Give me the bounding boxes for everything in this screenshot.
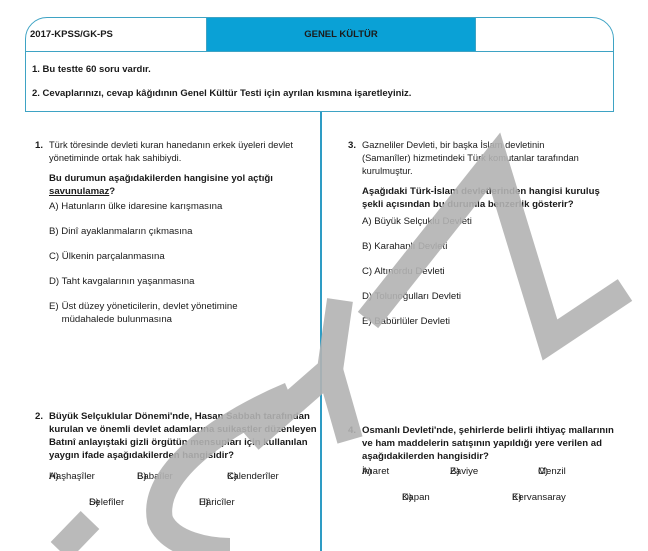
question-stem: Gazneliler Devleti, bir başka İslam devl… [362, 139, 592, 178]
instruction-2: 2. Cevaplarınızı, cevap kâğıdının Genel … [32, 88, 411, 99]
question-ask: Aşağıdaki Türk-İslam devletlerinden hang… [362, 185, 612, 211]
header-divider [26, 51, 613, 52]
question-2: 2. Büyük Selçuklular Dönemi'nde, Hasan S… [35, 410, 317, 510]
option-c[interactable]: C) Altınordu Devleti [362, 265, 628, 278]
option-d[interactable]: D) Taht kavgalarının yaşanmasına [49, 275, 315, 288]
option-e[interactable]: E)Üst düzey yöneticilerin, devlet yöneti… [49, 300, 315, 326]
column-divider [320, 112, 322, 551]
question-4: 4. Osmanlı Devleti'nde, şehirlerde belir… [348, 424, 628, 505]
question-3: 3. Gazneliler Devleti, bir başka İslam d… [348, 139, 628, 328]
option-a[interactable]: A) Büyük Selçuklu Devleti [362, 215, 628, 228]
exam-header-frame: 2017-KPSS/GK-PS GENEL KÜLTÜR 1. Bu testt… [25, 17, 614, 112]
exam-code: 2017-KPSS/GK-PS [26, 18, 210, 51]
instruction-1: 1. Bu testte 60 soru vardır. [32, 64, 151, 75]
section-title: GENEL KÜLTÜR [206, 18, 476, 51]
option-c[interactable]: C) Ülkenin parçalanmasına [49, 250, 315, 263]
option-a[interactable]: A) Hatunların ülke idaresine karışmasına [49, 200, 315, 213]
question-1: 1. Türk töresinde devleti kuran hanedanı… [35, 139, 315, 326]
option-d[interactable]: D) Tolunoğulları Devleti [362, 290, 628, 303]
option-b[interactable]: B) Karahanlı Devleti [362, 240, 628, 253]
question-ask: Büyük Selçuklular Dönemi'nde, Hasan Sabb… [49, 410, 317, 462]
question-ask: Bu durumun aşağıdakilerden hangisine yol… [49, 172, 315, 198]
question-stem: Türk töresinde devleti kuran hanedanın e… [49, 139, 315, 165]
question-ask: Osmanlı Devleti'nde, şehirlerde belirli … [362, 424, 617, 463]
option-b[interactable]: B) Dinî ayaklanmaların çıkmasına [49, 225, 315, 238]
question-number: 3. [348, 139, 356, 152]
question-number: 1. [35, 139, 43, 152]
option-e[interactable]: E) Babürlüler Devleti [362, 315, 628, 328]
question-number: 4. [348, 424, 356, 437]
question-number: 2. [35, 410, 43, 423]
